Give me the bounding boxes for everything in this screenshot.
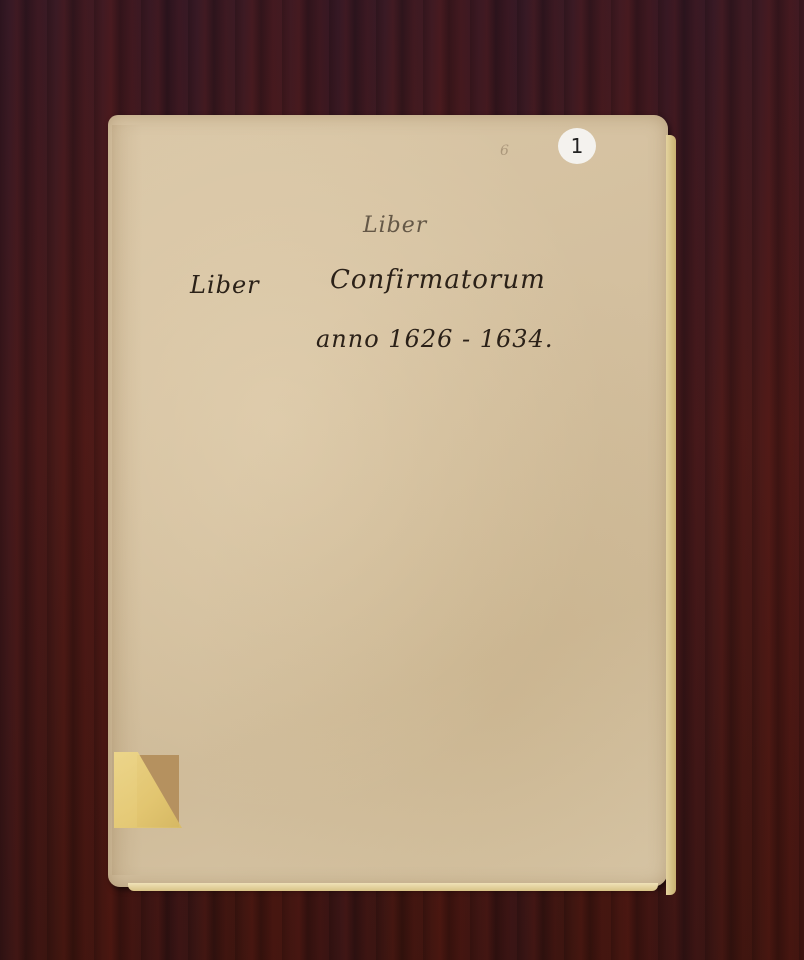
sticker-number: 1 (571, 134, 584, 158)
page-edge-bottom (128, 883, 658, 891)
book-cover: 6 ​ Liber Liber Confirmatorum anno 1626 … (108, 115, 668, 887)
title-liber: Liber (190, 271, 260, 299)
faded-title-word: Liber (363, 213, 427, 238)
page-edge-right (666, 135, 676, 895)
faded-mark: 6 (500, 143, 510, 159)
title-years: anno 1626 - 1634. (316, 325, 553, 353)
number-sticker: 1 (558, 128, 596, 164)
title-confirmatorum: Confirmatorum (330, 265, 546, 295)
